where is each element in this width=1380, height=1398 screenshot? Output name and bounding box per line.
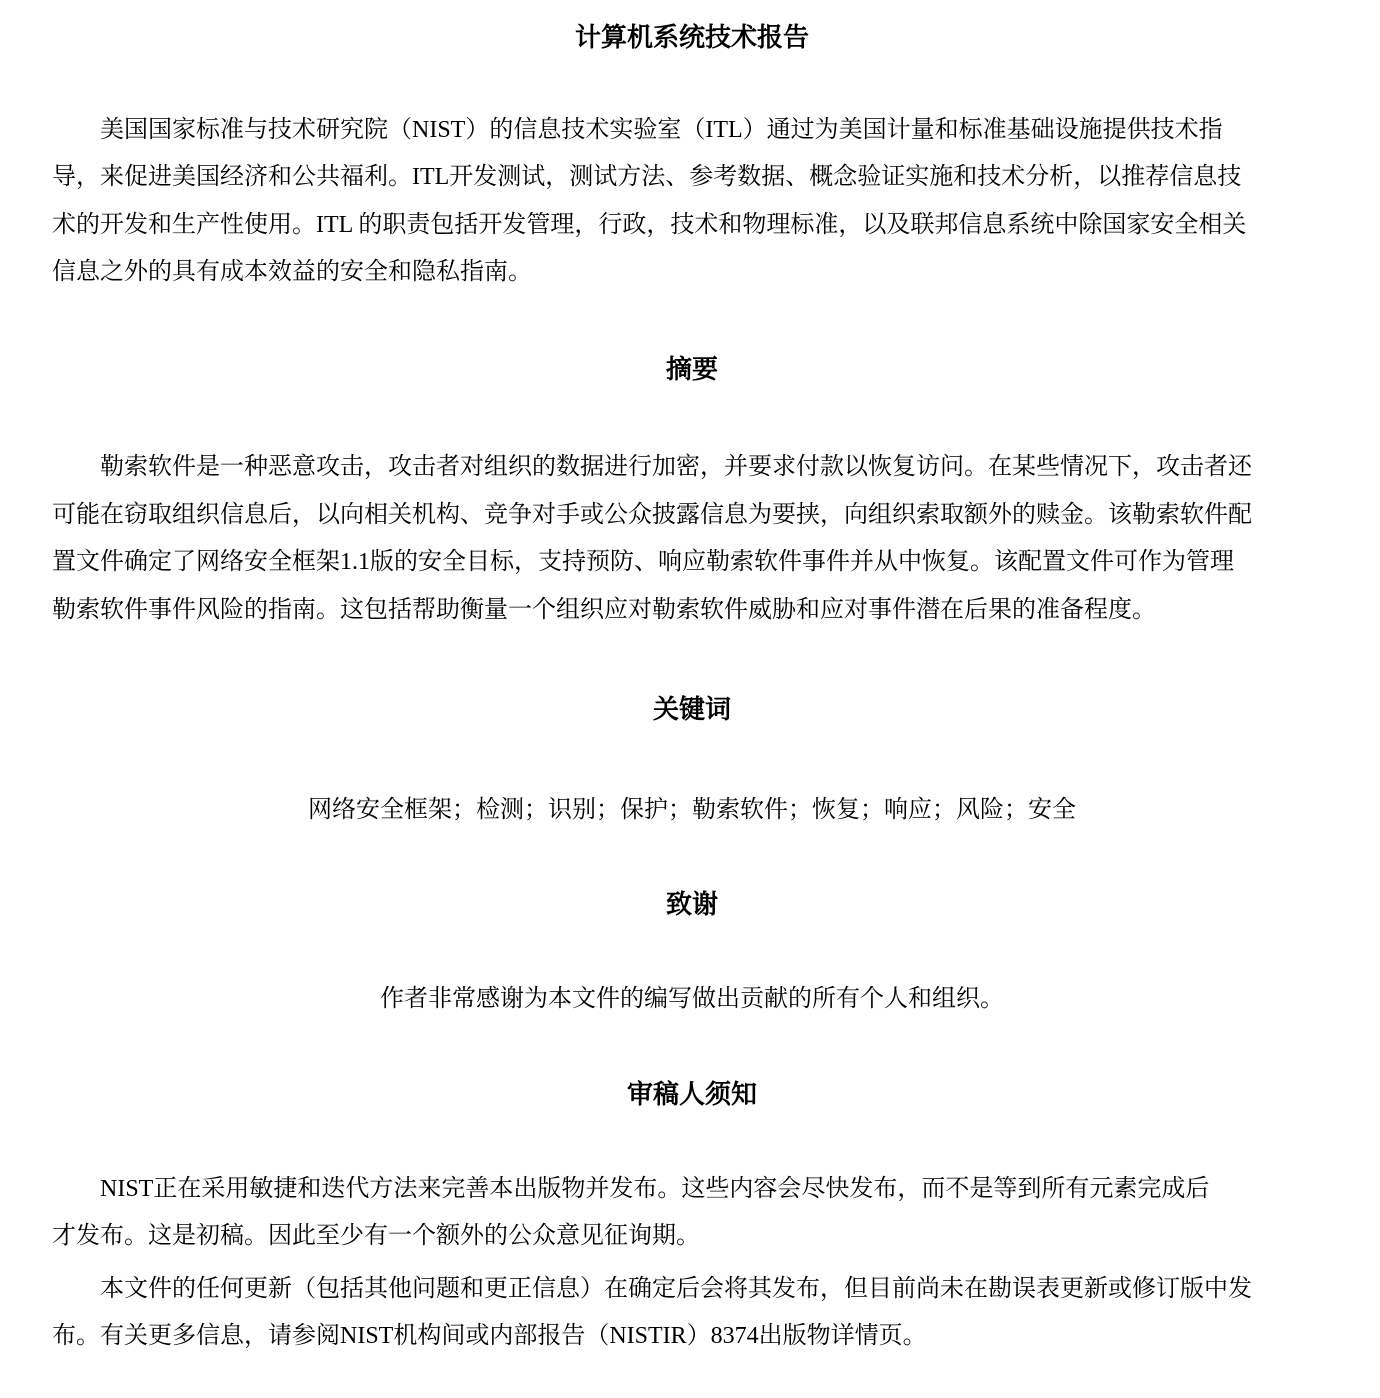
keywords-heading: 关键词 xyxy=(52,686,1332,734)
abstract-paragraph: 勒索软件是一种恶意攻击，攻击者对组织的数据进行加密，并要求付款以恢复访问。在某些… xyxy=(52,444,1332,634)
intro-paragraph: 美国国家标准与技术研究院（NIST）的信息技术实验室（ITL）通过为美国计量和标… xyxy=(52,107,1332,297)
document-page: 计算机系统技术报告 美国国家标准与技术研究院（NIST）的信息技术实验室（ITL… xyxy=(0,0,1380,1398)
reviewers-note-paragraph-1: NIST正在采用敏捷和迭代方法来完善本出版物并发布。这些内容会尽快发布，而不是等… xyxy=(52,1166,1332,1261)
reviewers-note-paragraph-2: 本文件的任何更新（包括其他问题和更正信息）在确定后会将其发布，但目前尚未在勘误表… xyxy=(52,1266,1332,1361)
reviewers-note-heading: 审稿人须知 xyxy=(52,1071,1332,1119)
acknowledgements-line: 作者非常感谢为本文件的编写做出贡献的所有个人和组织。 xyxy=(52,976,1332,1024)
keywords-line: 网络安全框架；检测；识别；保护；勒索软件；恢复；响应；风险；安全 xyxy=(52,787,1332,835)
document-title: 计算机系统技术报告 xyxy=(52,14,1332,62)
abstract-heading: 摘要 xyxy=(52,346,1332,394)
acknowledgements-heading: 致谢 xyxy=(52,881,1332,929)
